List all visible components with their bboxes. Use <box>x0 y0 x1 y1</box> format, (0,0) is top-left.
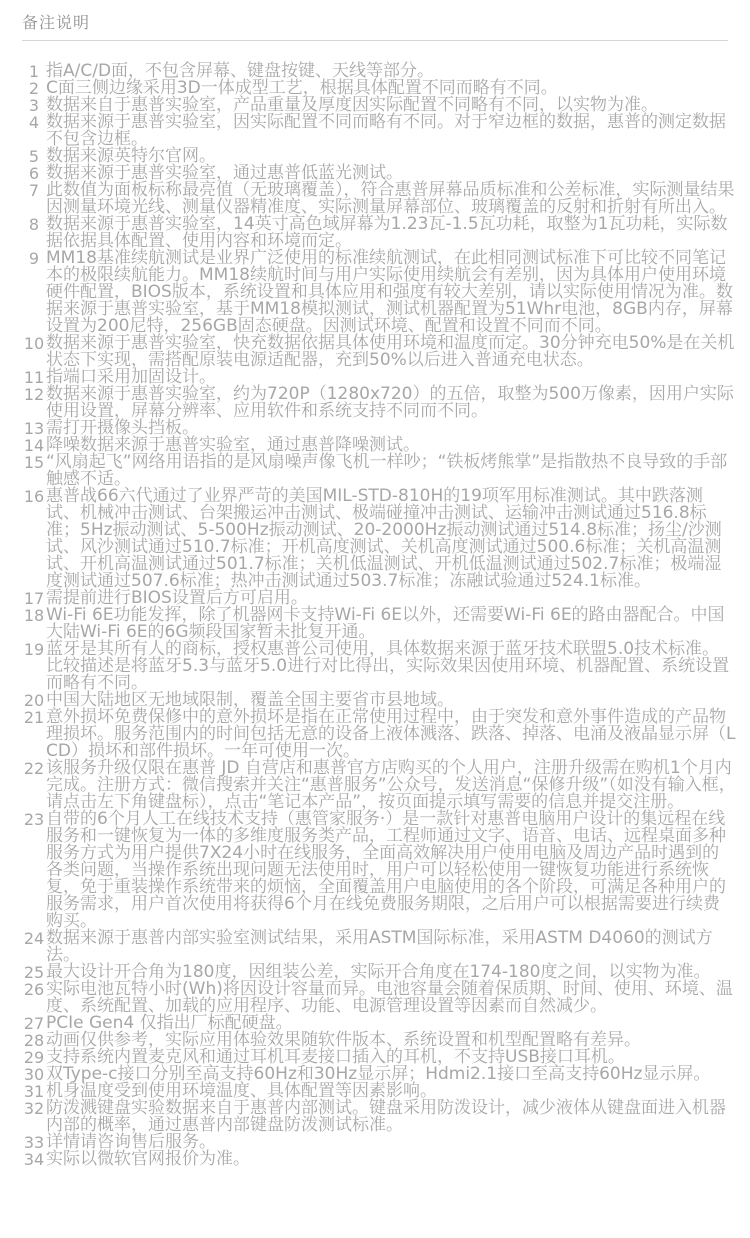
page-title: 备注说明 <box>22 15 728 31</box>
note-number: 12 <box>22 386 46 403</box>
note-number: 10 <box>22 335 46 352</box>
note-text: 数据来源于惠普实验室，因实际配置不同而略有不同。对于窄边框的数据，惠普的测定数据… <box>46 114 736 148</box>
note-text: 该服务升级仅限在惠普 JD 自营店和惠普官方店购买的个人用户，注册升级需在购机1… <box>46 760 736 811</box>
note-number: 17 <box>22 590 46 607</box>
note-number: 14 <box>22 437 46 454</box>
note-text: 此数值为面板标称最亮值（无玻璃覆盖），符合惠普屏幕品质标准和公差标准，实际测量结… <box>46 182 736 216</box>
note-number: 4 <box>22 114 46 131</box>
note-number: 19 <box>22 641 46 658</box>
note-number: 9 <box>22 250 46 267</box>
note-number: 34 <box>22 1151 46 1168</box>
note-number: 11 <box>22 369 46 386</box>
note-text: 数据来源于惠普实验室，约为720P（1280x720）的五倍，取整为500万像素… <box>46 386 736 420</box>
note-number: 26 <box>22 981 46 998</box>
remarks-page: 备注说明 1 指A/C/D面，不包含屏幕、键盘按键、天线等部分。 2 C面三侧边… <box>0 0 750 1238</box>
note-item: 4 数据来源于惠普实验室，因实际配置不同而略有不同。对于窄边框的数据，惠普的测定… <box>22 114 736 148</box>
note-text: 数据来源于惠普实验室，快充数据依据具体使用环境和温度而定。30分钟充电50%是在… <box>46 335 736 369</box>
note-text: 数据来源于惠普实验室，14英寸高色域屏幕为1.23瓦-1.5瓦功耗，取整为1瓦功… <box>46 216 736 250</box>
note-number: 28 <box>22 1032 46 1049</box>
note-number: 16 <box>22 488 46 505</box>
note-item: 8 数据来源于惠普实验室，14英寸高色域屏幕为1.23瓦-1.5瓦功耗，取整为1… <box>22 216 736 250</box>
note-number: 3 <box>22 97 46 114</box>
note-text: Wi-Fi 6E功能发挥，除了机器网卡支持Wi-Fi 6E以外，还需要Wi-Fi… <box>46 607 736 641</box>
note-number: 29 <box>22 1049 46 1066</box>
note-number: 7 <box>22 182 46 199</box>
note-number: 33 <box>22 1134 46 1151</box>
note-number: 20 <box>22 692 46 709</box>
notes-list: 1 指A/C/D面，不包含屏幕、键盘按键、天线等部分。 2 C面三侧边缘采用3D… <box>0 41 750 1168</box>
note-item: 7 此数值为面板标称最亮值（无玻璃覆盖），符合惠普屏幕品质标准和公差标准，实际测… <box>22 182 736 216</box>
note-item: 18 Wi-Fi 6E功能发挥，除了机器网卡支持Wi-Fi 6E以外，还需要Wi… <box>22 607 736 641</box>
note-item: 34 实际以微软官网报价为准。 <box>22 1151 736 1168</box>
note-number: 8 <box>22 216 46 233</box>
note-item: 9 MM18基准续航测试是业界广泛使用的标准续航测试，在此相同测试标准下可比较不… <box>22 250 736 335</box>
note-number: 5 <box>22 148 46 165</box>
note-number: 6 <box>22 165 46 182</box>
note-number: 25 <box>22 964 46 981</box>
note-number: 32 <box>22 1100 46 1117</box>
note-item: 10 数据来源于惠普实验室，快充数据依据具体使用环境和温度而定。30分钟充电50… <box>22 335 736 369</box>
note-item: 26 实际电池瓦特小时(Wh)将因设计容量而异。电池容量会随着保质期、时间、使用… <box>22 981 736 1015</box>
note-number: 15 <box>22 454 46 471</box>
note-text: 蓝牙是其所有人的商标，授权惠普公司使用，具体数据来源于蓝牙技术联盟5.0技术标准… <box>46 641 736 692</box>
note-item: 19 蓝牙是其所有人的商标，授权惠普公司使用，具体数据来源于蓝牙技术联盟5.0技… <box>22 641 736 692</box>
note-number: 27 <box>22 1015 46 1032</box>
note-number: 30 <box>22 1066 46 1083</box>
note-item: 21 意外损坏免费保修中的意外损坏是指在正常使用过程中，由于突发和意外事件造成的… <box>22 709 736 760</box>
note-number: 13 <box>22 420 46 437</box>
note-text: 实际以微软官网报价为准。 <box>46 1151 736 1168</box>
note-item: 16 惠普战66六代通过了业界严苛的美国MIL-STD-810H的19项军用标准… <box>22 488 736 590</box>
note-number: 1 <box>22 63 46 80</box>
note-text: 自带的6个月人工在线技术支持（惠管家服务·）是一款针对惠普电脑用户设计的集远程在… <box>46 811 736 930</box>
note-number: 31 <box>22 1083 46 1100</box>
page-header: 备注说明 <box>0 0 750 31</box>
note-item: 15 “风扇起飞”网络用语指的是风扇噪声像飞机一样吵；“铁板烤熊掌”是指散热不良… <box>22 454 736 488</box>
note-text: 意外损坏免费保修中的意外损坏是指在正常使用过程中，由于突发和意外事件造成的产品物… <box>46 709 736 760</box>
note-text: 惠普战66六代通过了业界严苛的美国MIL-STD-810H的19项军用标准测试。… <box>46 488 736 590</box>
note-number: 22 <box>22 760 46 777</box>
note-number: 23 <box>22 811 46 828</box>
note-text: 数据来源于惠普内部实验室测试结果，采用ASTM国际标准，采用ASTM D4060… <box>46 930 736 964</box>
note-number: 24 <box>22 930 46 947</box>
note-text: 防泼溅键盘实验数据来自于惠普内部测试。键盘采用防泼设计，减少液体从键盘面进入机器… <box>46 1100 736 1134</box>
note-number: 21 <box>22 709 46 726</box>
note-number: 2 <box>22 80 46 97</box>
note-item: 23 自带的6个月人工在线技术支持（惠管家服务·）是一款针对惠普电脑用户设计的集… <box>22 811 736 930</box>
note-item: 32 防泼溅键盘实验数据来自于惠普内部测试。键盘采用防泼设计，减少液体从键盘面进… <box>22 1100 736 1134</box>
note-text: “风扇起飞”网络用语指的是风扇噪声像飞机一样吵；“铁板烤熊掌”是指散热不良导致的… <box>46 454 736 488</box>
note-item: 22 该服务升级仅限在惠普 JD 自营店和惠普官方店购买的个人用户，注册升级需在… <box>22 760 736 811</box>
note-item: 12 数据来源于惠普实验室，约为720P（1280x720）的五倍，取整为500… <box>22 386 736 420</box>
note-text: MM18基准续航测试是业界广泛使用的标准续航测试，在此相同测试标准下可比较不同笔… <box>46 250 736 335</box>
note-item: 24 数据来源于惠普内部实验室测试结果，采用ASTM国际标准，采用ASTM D4… <box>22 930 736 964</box>
note-text: 实际电池瓦特小时(Wh)将因设计容量而异。电池容量会随着保质期、时间、使用、环境… <box>46 981 736 1015</box>
note-number: 18 <box>22 607 46 624</box>
